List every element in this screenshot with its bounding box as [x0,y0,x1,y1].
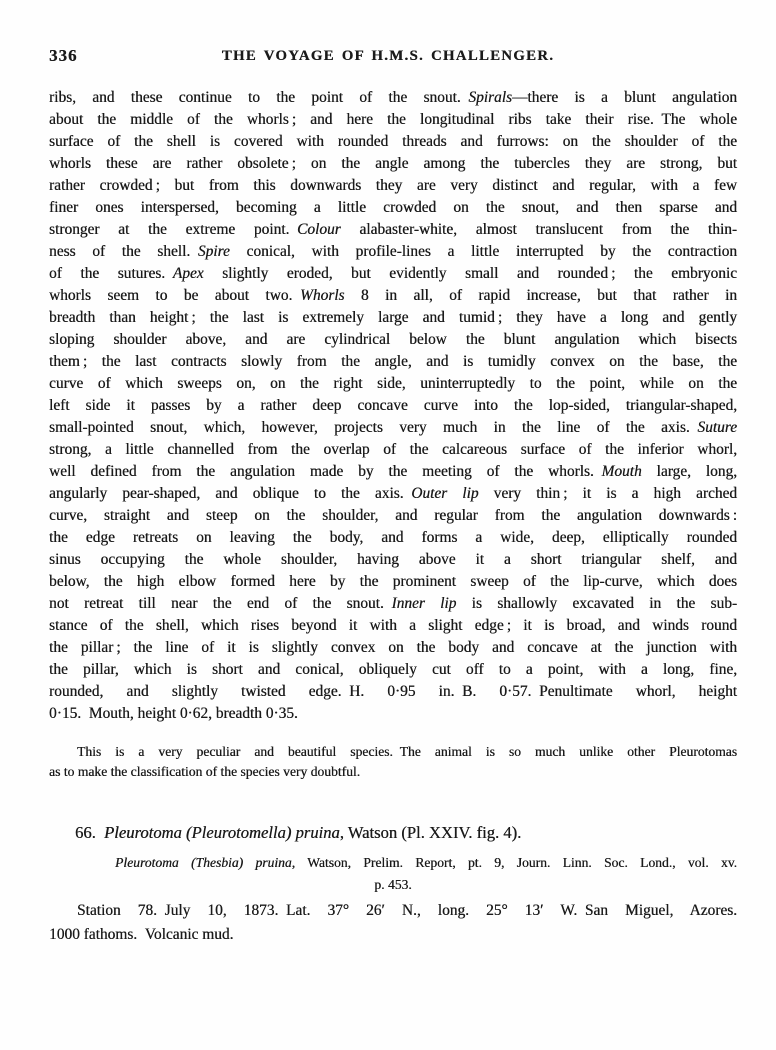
text-line: Station 78. July 10, 1873. Lat. 37° 26′ … [49,899,737,923]
running-title: THE VOYAGE OF H.M.S. CHALLENGER. [0,48,776,65]
citation-block: Pleurotoma (Thesbia) pruina, Watson, Pre… [49,852,737,896]
text-line: not retreat till near the end of the sno… [49,593,737,615]
text-line: finer ones interspersed, becoming a litt… [49,197,737,219]
text-line: below, the high elbow formed here by the… [49,571,737,593]
text-line: ness of the shell. Spire conical, with p… [49,241,737,263]
species-heading: 66. Pleurotoma (Pleurotomella) pruina, W… [75,821,737,845]
text-line: them ; the last contracts slowly from th… [49,351,737,373]
text-line: ribs, and these continue to the point of… [49,87,737,109]
text-line: sinus occupying the whole shoulder, havi… [49,549,737,571]
text-line: the pillar, which is short and conical, … [49,659,737,681]
text-line: about the middle of the whorls ; and her… [49,109,737,131]
station-paragraph: Station 78. July 10, 1873. Lat. 37° 26′ … [49,899,737,946]
text-line: the pillar ; the line of it is slightly … [49,637,737,659]
text-line: Pleurotoma (Thesbia) pruina, Watson, Pre… [49,852,737,874]
text-line: the edge retreats on leaving the body, a… [49,527,737,549]
text-line: strong, a little channelled from the ove… [49,439,737,461]
text-line: angularly pear-shaped, and oblique to th… [49,483,737,505]
text-line: left side it passes by a rather deep con… [49,395,737,417]
text-line: 1000 fathoms. Volcanic mud. [49,923,737,947]
text-line: stance of the shell, which rises beyond … [49,615,737,637]
text-line: curve, straight and steep on the shoulde… [49,505,737,527]
text-line: 66. Pleurotoma (Pleurotomella) pruina, W… [75,821,737,845]
text-line: of the sutures. Apex slightly eroded, bu… [49,263,737,285]
remark-paragraph: This is a very peculiar and beautiful sp… [49,742,737,782]
text-line: small-pointed snout, which, however, pro… [49,417,737,439]
book-page: 336 THE VOYAGE OF H.M.S. CHALLENGER. rib… [0,0,776,1050]
text-line: as to make the classification of the spe… [49,762,737,782]
text-line: stronger at the extreme point. Colour al… [49,219,737,241]
text-line: curve of which sweeps on, on the right s… [49,373,737,395]
text-line: surface of the shell is covered with rou… [49,131,737,153]
text-line: whorls seem to be about two. Whorls 8 in… [49,285,737,307]
text-line: breadth than height ; the last is extrem… [49,307,737,329]
text-line: This is a very peculiar and beautiful sp… [49,742,737,762]
text-line: well defined from the angulation made by… [49,461,737,483]
text-line: rather crowded ; but from this downwards… [49,175,737,197]
text-line: 0·15. Mouth, height 0·62, breadth 0·35. [49,703,737,725]
text-line: rounded, and slightly twisted edge. H. 0… [49,681,737,703]
description-paragraph: ribs, and these continue to the point of… [49,87,737,725]
text-line: whorls these are rather obsolete ; on th… [49,153,737,175]
text-line: p. 453. [49,874,737,896]
text-line: sloping shoulder above, and are cylindri… [49,329,737,351]
